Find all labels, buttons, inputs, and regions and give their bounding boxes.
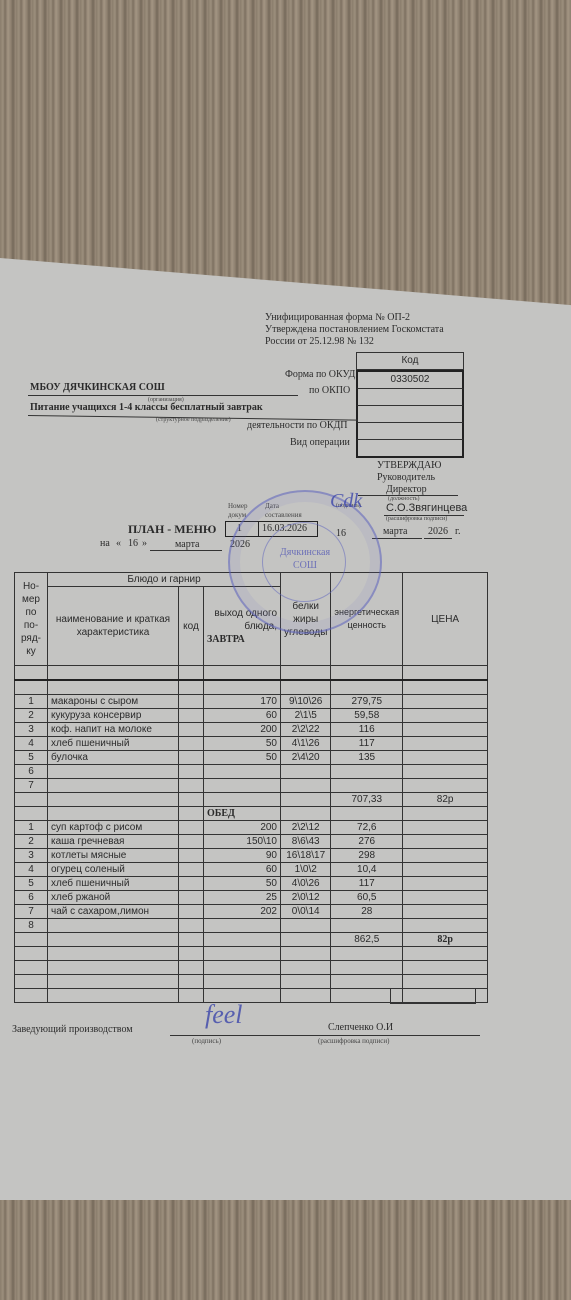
cell-name — [48, 765, 179, 779]
okdp-code — [356, 423, 464, 440]
cell-n: 2 — [15, 835, 48, 849]
cell-bju — [281, 919, 331, 933]
okud-label: Форма по ОКУД — [285, 369, 355, 380]
cell-n: 2 — [15, 709, 48, 723]
cell-code — [179, 723, 204, 737]
cell-energy: 72,6 — [331, 821, 403, 835]
cell-price — [403, 737, 488, 751]
cell-price — [403, 835, 488, 849]
blank-code — [356, 406, 464, 423]
approver-name: С.О.Звягинцева — [386, 502, 467, 514]
table-row: 4хлеб пшеничный504\1\26117 — [15, 737, 488, 751]
cell-name: каша гречневая — [48, 835, 179, 849]
cell-bju — [281, 765, 331, 779]
cell-n: 5 — [15, 751, 48, 765]
cell-energy: 117 — [331, 737, 403, 751]
breakfast-rows: 1макароны с сыром1709\10\26279,752кукуру… — [15, 695, 488, 793]
cell-code — [179, 765, 204, 779]
cell-name: чай с сахаром,лимон — [48, 905, 179, 919]
cell-energy: 59,58 — [331, 709, 403, 723]
cell-n: 3 — [15, 849, 48, 863]
cell-bju — [281, 779, 331, 793]
breakfast-label: ЗАВТРА — [207, 633, 277, 646]
cell-energy: 60,5 — [331, 891, 403, 905]
cell-price — [403, 751, 488, 765]
okpo-label: по ОКПО — [309, 385, 350, 396]
cell-bju: 9\10\26 — [281, 695, 331, 709]
cell-name: хлеб пшеничный — [48, 877, 179, 891]
cell-name: огурец соленый — [48, 863, 179, 877]
cell-yield: 202 — [204, 905, 281, 919]
for-month-underline — [150, 550, 222, 551]
lunch-total-price: 82р — [403, 933, 488, 947]
footer-signature: feel — [205, 1000, 243, 1030]
cell-energy — [331, 765, 403, 779]
footer-role: Заведующий производством — [12, 1024, 133, 1035]
cell-energy — [331, 919, 403, 933]
approval-position: Директор — [386, 484, 427, 495]
cell-energy: 279,75 — [331, 695, 403, 709]
for-day: 16 — [128, 538, 138, 549]
cell-bju: 1\0\2 — [281, 863, 331, 877]
footer-name-caption: (расшифровка подписи) — [318, 1037, 389, 1045]
cell-n: 1 — [15, 821, 48, 835]
breakfast-total-energy: 707,33 — [331, 793, 403, 807]
cell-price — [403, 877, 488, 891]
cell-yield: 150\10 — [204, 835, 281, 849]
cell-n: 1 — [15, 695, 48, 709]
okpo-code — [356, 389, 464, 406]
cell-price — [403, 765, 488, 779]
cell-code — [179, 821, 204, 835]
table-row: 5хлеб пшеничный504\0\26117 — [15, 877, 488, 891]
cell-yield: 170 — [204, 695, 281, 709]
cell-n: 5 — [15, 877, 48, 891]
operation-code — [356, 440, 464, 458]
table-row: 7 — [15, 779, 488, 793]
header-name: наименование и краткая характеристика — [48, 587, 179, 666]
cell-name: макароны с сыром — [48, 695, 179, 709]
cell-price — [403, 695, 488, 709]
approval-month-underline — [372, 538, 422, 539]
cell-n: 4 — [15, 863, 48, 877]
table-row: 6 — [15, 765, 488, 779]
cell-bju: 2\4\20 — [281, 751, 331, 765]
table-row: 5булочка502\4\20135 — [15, 751, 488, 765]
cell-n: 6 — [15, 765, 48, 779]
cell-n: 7 — [15, 905, 48, 919]
approval-year: 2026 — [428, 526, 448, 537]
form-header-line3: России от 25.12.98 № 132 — [265, 336, 374, 347]
cell-code — [179, 877, 204, 891]
cell-price — [403, 723, 488, 737]
cell-n: 4 — [15, 737, 48, 751]
approval-month: марта — [383, 526, 408, 537]
approval-year-suffix: г. — [455, 526, 460, 537]
lunch-total-row: 862,5 82р — [15, 933, 488, 947]
cell-price — [403, 919, 488, 933]
form-header-line1: Унифицированная форма № ОП-2 — [265, 312, 410, 323]
cell-price — [403, 821, 488, 835]
header-num: Но- мер по по- ряд- ку — [15, 573, 48, 666]
header-price: ЦЕНА — [403, 573, 488, 666]
cell-energy: 298 — [331, 849, 403, 863]
cell-bju: 8\6\43 — [281, 835, 331, 849]
lunch-total-energy: 862,5 — [331, 933, 403, 947]
cell-code — [179, 919, 204, 933]
cell-bju: 16\18\17 — [281, 849, 331, 863]
cell-energy: 135 — [331, 751, 403, 765]
cell-yield — [204, 779, 281, 793]
form-header-line2: Утверждена постановлением Госкомстата — [265, 324, 444, 335]
cell-bju: 2\1\5 — [281, 709, 331, 723]
cell-energy: 276 — [331, 835, 403, 849]
cell-yield: 50 — [204, 737, 281, 751]
cell-name: кукуруза консервир — [48, 709, 179, 723]
cell-price — [403, 891, 488, 905]
cell-yield: 200 — [204, 821, 281, 835]
table-row: 3коф. напит на молоке2002\2\22116 — [15, 723, 488, 737]
cell-bju: 4\0\26 — [281, 877, 331, 891]
cell-price — [403, 849, 488, 863]
cell-code — [179, 891, 204, 905]
cell-price — [403, 905, 488, 919]
cell-n: 3 — [15, 723, 48, 737]
approver-name-caption: (расшифровка подписи) — [386, 516, 447, 522]
cell-name — [48, 779, 179, 793]
table-row: 4огурец соленый601\0\210,4 — [15, 863, 488, 877]
cell-code — [179, 737, 204, 751]
table-row: 2каша гречневая150\108\6\43276 — [15, 835, 488, 849]
cell-bju: 4\1\26 — [281, 737, 331, 751]
table-row: 7чай с сахаром,лимон2020\0\1428 — [15, 905, 488, 919]
cell-name: суп картоф с рисом — [48, 821, 179, 835]
division-name: Питание учащихся 1-4 классы бесплатный з… — [30, 402, 263, 413]
operation-label: Вид операции — [290, 437, 350, 448]
cell-name: котлеты мясные — [48, 849, 179, 863]
cell-n: 6 — [15, 891, 48, 905]
footer-signature-caption: (подпись) — [192, 1037, 221, 1045]
cell-n: 7 — [15, 779, 48, 793]
cell-yield: 60 — [204, 863, 281, 877]
cell-yield: 50 — [204, 751, 281, 765]
okdp-label: деятельности по ОКДП — [247, 420, 348, 431]
cell-energy: 117 — [331, 877, 403, 891]
cell-energy: 116 — [331, 723, 403, 737]
cell-price — [403, 709, 488, 723]
extra-price-cell — [390, 988, 476, 1004]
cell-name: булочка — [48, 751, 179, 765]
footer-underline — [170, 1035, 480, 1036]
cell-n: 8 — [15, 919, 48, 933]
for-prefix: на — [100, 538, 110, 549]
cell-name: коф. напит на молоке — [48, 723, 179, 737]
menu-table: Но- мер по по- ряд- ку Блюдо и гарнир бе… — [14, 572, 488, 1003]
cell-code — [179, 863, 204, 877]
cell-name — [48, 919, 179, 933]
cell-yield: 90 — [204, 849, 281, 863]
cell-yield: 25 — [204, 891, 281, 905]
code-header: Код — [356, 352, 464, 370]
footer-name: Слепченко О.И — [328, 1022, 393, 1033]
lunch-label-row: ОБЕД — [15, 807, 488, 821]
lunch-label: ОБЕД — [204, 807, 281, 821]
cell-yield: 200 — [204, 723, 281, 737]
table-row: 2кукуруза консервир602\1\559,58 — [15, 709, 488, 723]
organization-name: МБОУ ДЯЧКИНСКАЯ СОШ — [30, 382, 165, 393]
cell-yield: 50 — [204, 877, 281, 891]
cell-bju: 0\0\14 — [281, 905, 331, 919]
for-month: марта — [175, 539, 200, 550]
division-caption: (структурное подразделение) — [156, 417, 231, 423]
table-row: 1макароны с сыром1709\10\26279,75 — [15, 695, 488, 709]
director-signature: Cdk — [330, 490, 362, 513]
lunch-rows: 1суп картоф с рисом2002\2\1272,62каша гр… — [15, 821, 488, 933]
stamp-text-line1: Дячкинская — [230, 547, 380, 558]
approval-year-underline — [424, 538, 452, 539]
organization-underline — [28, 395, 298, 396]
cell-energy: 28 — [331, 905, 403, 919]
cell-code — [179, 695, 204, 709]
cell-code — [179, 709, 204, 723]
cell-yield: 60 — [204, 709, 281, 723]
approval-role: Руководитель — [377, 472, 435, 483]
cell-bju: 2\0\12 — [281, 891, 331, 905]
cell-code — [179, 905, 204, 919]
table-row: 3котлеты мясные9016\18\17298 — [15, 849, 488, 863]
breakfast-total-price: 82р — [403, 793, 488, 807]
cell-code — [179, 849, 204, 863]
cell-price — [403, 863, 488, 877]
cell-bju: 2\2\22 — [281, 723, 331, 737]
stamp-text-line2: СОШ — [230, 560, 380, 571]
code-box: Код 0330502 — [356, 352, 464, 458]
cell-bju: 2\2\12 — [281, 821, 331, 835]
header-code: код — [179, 587, 204, 666]
cell-name: хлеб пшеничный — [48, 737, 179, 751]
okud-code: 0330502 — [356, 370, 464, 389]
table-row: 1суп картоф с рисом2002\2\1272,6 — [15, 821, 488, 835]
table-row: 8 — [15, 919, 488, 933]
cell-yield — [204, 919, 281, 933]
table-row: 6хлеб ржаной252\0\1260,5 — [15, 891, 488, 905]
cell-yield — [204, 765, 281, 779]
cell-energy: 10,4 — [331, 863, 403, 877]
breakfast-total-row: 707,33 82р — [15, 793, 488, 807]
cell-code — [179, 835, 204, 849]
cell-energy — [331, 779, 403, 793]
document-title: ПЛАН - МЕНЮ — [128, 522, 216, 537]
approval-title: УТВЕРЖДАЮ — [377, 460, 441, 471]
cell-name: хлеб ржаной — [48, 891, 179, 905]
cell-price — [403, 779, 488, 793]
cell-code — [179, 779, 204, 793]
cell-code — [179, 751, 204, 765]
